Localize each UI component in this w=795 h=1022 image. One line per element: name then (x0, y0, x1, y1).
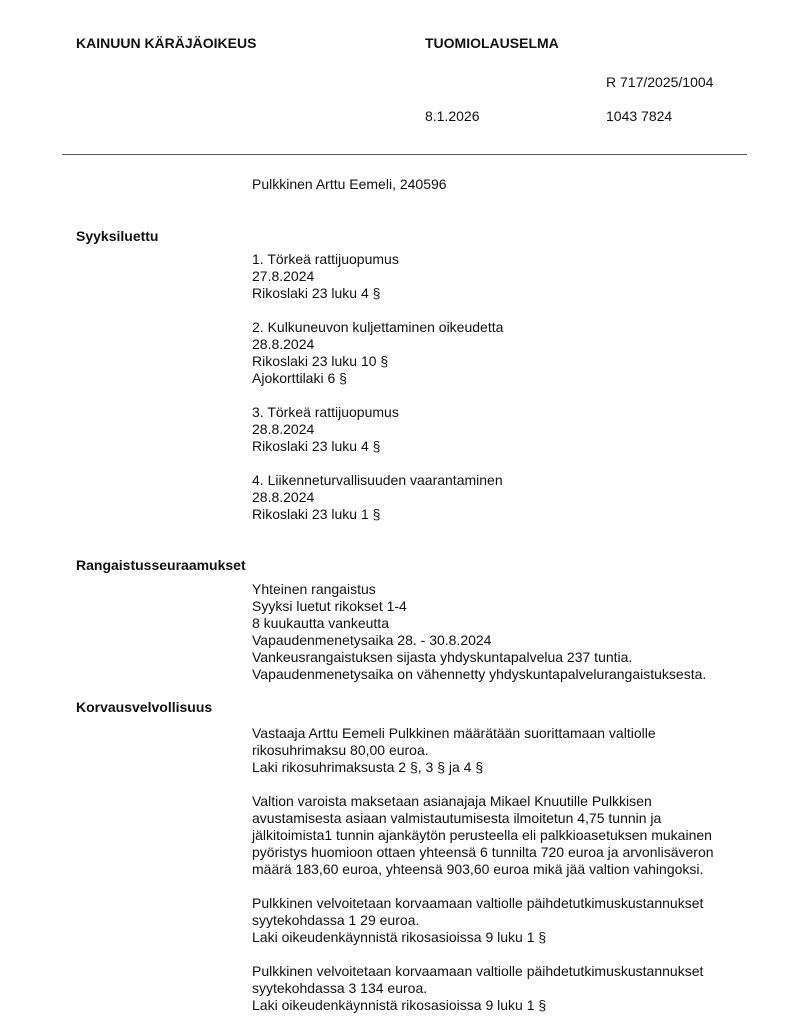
sanctions-section-title: Rangaistusseuraamukset (76, 557, 246, 573)
sanction-line: 8 kuukautta vankeutta (252, 615, 706, 632)
paragraph-line: Laki oikeudenkäynnistä rikosasioissa 9 l… (252, 997, 703, 1014)
charge-1-title: 1. Törkeä rattijuopumus (252, 251, 399, 268)
sanctions-block: Yhteinen rangaistus Syyksi luetut rikoks… (252, 581, 706, 683)
decision-number: 1043 7824 (606, 108, 672, 125)
liability-section-title: Korvausvelvollisuus (76, 699, 212, 715)
charges-section-title: Syyksiluettu (76, 228, 158, 244)
paragraph-line: rikosuhrimaksu 80,00 euroa. (252, 742, 656, 759)
charge-1: 1. Törkeä rattijuopumus 27.8.2024 Rikosl… (252, 251, 399, 302)
paragraph-line: avustamisesta asiaan valmistautumisesta … (252, 810, 714, 827)
sanction-line: Vapaudenmenetysaika on vähennetty yhdysk… (252, 666, 706, 683)
defendant-name: Pulkkinen Arttu Eemeli, 240596 (252, 176, 447, 193)
paragraph-line: Laki rikosuhrimaksusta 2 §, 3 § ja 4 § (252, 759, 656, 776)
sanction-line: Syyksi luetut rikokset 1-4 (252, 598, 706, 615)
header-divider (62, 154, 747, 155)
liability-paragraph-1: Vastaaja Arttu Eemeli Pulkkinen määrätää… (252, 725, 656, 776)
paragraph-line: Vastaaja Arttu Eemeli Pulkkinen määrätää… (252, 725, 656, 742)
document-type: TUOMIOLAUSELMA (425, 35, 559, 51)
liability-paragraph-2: Valtion varoista maksetaan asianajaja Mi… (252, 793, 714, 878)
charge-2-law-2: Ajokorttilaki 6 § (252, 370, 503, 387)
charge-2-law: Rikoslaki 23 luku 10 § (252, 353, 503, 370)
charge-4: 4. Liikenneturvallisuuden vaarantaminen … (252, 472, 503, 523)
paragraph-line: Laki oikeudenkäynnistä rikosasioissa 9 l… (252, 929, 703, 946)
charge-3: 3. Törkeä rattijuopumus 28.8.2024 Rikosl… (252, 404, 399, 455)
paragraph-line: pyöristys huomioon ottaen yhteensä 6 tun… (252, 844, 714, 861)
court-name: KAINUUN KÄRÄJÄOIKEUS (76, 35, 256, 51)
charge-4-title: 4. Liikenneturvallisuuden vaarantaminen (252, 472, 503, 489)
charge-2: 2. Kulkuneuvon kuljettaminen oikeudetta … (252, 319, 503, 387)
charge-2-date: 28.8.2024 (252, 336, 503, 353)
charge-2-title: 2. Kulkuneuvon kuljettaminen oikeudetta (252, 319, 503, 336)
paragraph-line: Pulkkinen velvoitetaan korvaamaan valtio… (252, 963, 703, 980)
charge-3-law: Rikoslaki 23 luku 4 § (252, 438, 399, 455)
paragraph-line: Pulkkinen velvoitetaan korvaamaan valtio… (252, 895, 703, 912)
charge-1-law: Rikoslaki 23 luku 4 § (252, 285, 399, 302)
charge-1-date: 27.8.2024 (252, 268, 399, 285)
sanction-line: Vapaudenmenetysaika 28. - 30.8.2024 (252, 632, 706, 649)
paragraph-line: Valtion varoista maksetaan asianajaja Mi… (252, 793, 714, 810)
sanction-line: Yhteinen rangaistus (252, 581, 706, 598)
liability-paragraph-4: Pulkkinen velvoitetaan korvaamaan valtio… (252, 963, 703, 1014)
liability-paragraph-3: Pulkkinen velvoitetaan korvaamaan valtio… (252, 895, 703, 946)
paragraph-line: syytekohdassa 1 29 euroa. (252, 912, 703, 929)
charge-3-title: 3. Törkeä rattijuopumus (252, 404, 399, 421)
paragraph-line: määrä 183,60 euroa, yhteensä 903,60 euro… (252, 861, 714, 878)
paragraph-line: syytekohdassa 3 134 euroa. (252, 980, 703, 997)
paragraph-line: jälkitoimista1 tunnin ajankäytön peruste… (252, 827, 714, 844)
sanction-line: Vankeusrangaistuksen sijasta yhdyskuntap… (252, 649, 706, 666)
charge-4-date: 28.8.2024 (252, 489, 503, 506)
charge-3-date: 28.8.2024 (252, 421, 399, 438)
decision-date: 8.1.2026 (425, 108, 480, 125)
charge-4-law: Rikoslaki 23 luku 1 § (252, 506, 503, 523)
case-number: R 717/2025/1004 (606, 74, 713, 91)
